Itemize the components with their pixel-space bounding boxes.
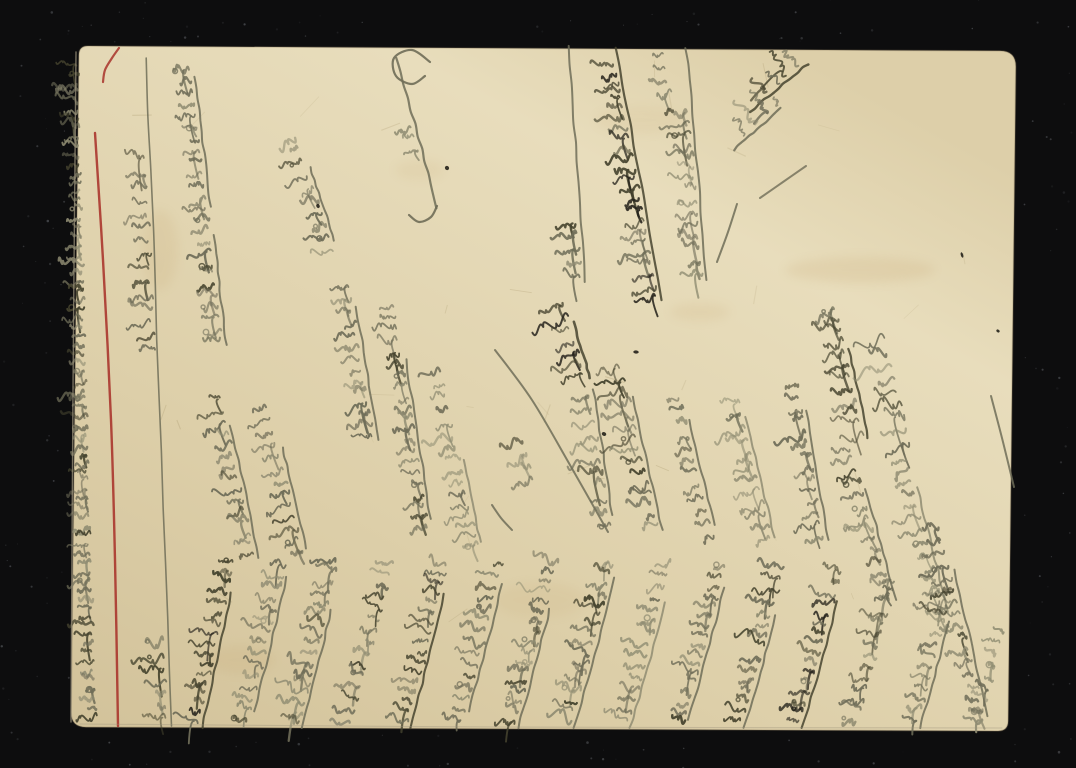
dust-speck (49, 320, 50, 321)
dust-speck (299, 22, 301, 24)
dust-speck (12, 404, 14, 406)
dust-speck (119, 11, 120, 12)
dust-speck (145, 2, 146, 3)
dust-speck (1028, 675, 1030, 677)
paper-stain (395, 160, 445, 180)
dust-speck (536, 26, 538, 28)
dust-speck (1039, 575, 1041, 577)
dust-speck (8, 699, 9, 700)
dust-speck (1063, 493, 1065, 495)
dust-speck (64, 131, 65, 132)
dust-speck (114, 41, 116, 43)
dust-speck (61, 571, 63, 573)
manuscript-photo: Scanned handwritten manuscript page (0, 0, 1076, 768)
dust-speck (47, 220, 50, 223)
dust-speck (36, 676, 37, 677)
dust-speck (1065, 445, 1067, 447)
dust-speck (643, 749, 645, 751)
dust-speck (19, 95, 21, 97)
dust-speck (276, 28, 278, 30)
dust-speck (1069, 532, 1070, 533)
dust-speck (36, 145, 38, 147)
dust-speck (91, 25, 92, 26)
dust-speck (1049, 653, 1051, 655)
dust-speck (1070, 738, 1072, 740)
dust-speck (129, 764, 131, 766)
dust-speck (693, 13, 696, 16)
dust-speck (305, 35, 306, 36)
dust-speck (1060, 461, 1062, 463)
dust-speck (298, 743, 301, 746)
dust-speck (1067, 427, 1068, 428)
dust-speck (1041, 601, 1043, 603)
dust-speck (1035, 368, 1037, 370)
dust-speck (57, 450, 59, 452)
dust-speck (590, 757, 592, 759)
dust-speck (1069, 73, 1070, 74)
dust-speck (407, 765, 409, 767)
dust-speck (169, 751, 171, 753)
dust-speck (541, 31, 543, 33)
dust-speck (48, 435, 50, 437)
dust-speck (68, 30, 70, 32)
dust-speck (439, 765, 440, 766)
dust-speck (31, 586, 33, 588)
dust-speck (22, 303, 23, 304)
dust-speck (1014, 760, 1016, 762)
dust-speck (1024, 204, 1026, 206)
dust-speck (1063, 191, 1066, 194)
glyph-scribble (832, 579, 839, 583)
dust-speck (235, 746, 237, 748)
dust-speck (800, 41, 801, 42)
dust-speck (1025, 357, 1026, 358)
dust-speck (46, 603, 47, 604)
dust-speck (49, 263, 51, 265)
dust-speck (320, 15, 321, 16)
dust-speck (570, 20, 571, 21)
dust-speck (780, 37, 782, 39)
dust-speck (308, 738, 310, 740)
dust-speck (1024, 515, 1025, 516)
dust-speck (1051, 185, 1053, 187)
dust-speck (447, 763, 449, 765)
dust-speck (68, 34, 69, 35)
dust-speck (972, 28, 974, 30)
dust-speck (51, 11, 54, 14)
manuscript-scan-svg: Scanned handwritten manuscript page (0, 0, 1076, 768)
dust-speck (46, 577, 48, 579)
dust-speck (362, 22, 363, 23)
dust-speck (9, 565, 11, 567)
dust-speck (1042, 369, 1044, 371)
dust-speck (35, 261, 36, 262)
dust-speck (1047, 586, 1049, 588)
dust-speck (170, 41, 171, 42)
dust-speck (637, 24, 638, 25)
dust-speck (53, 480, 55, 482)
dust-speck (45, 118, 46, 119)
dust-speck (108, 742, 110, 744)
dust-speck (873, 762, 875, 764)
dust-speck (687, 21, 688, 22)
dust-speck (146, 764, 147, 765)
dust-speck (817, 760, 819, 762)
dust-speck (337, 32, 339, 34)
dust-speck (1067, 200, 1069, 202)
dust-speck (255, 742, 256, 743)
dust-speck (143, 18, 144, 19)
dust-speck (437, 735, 439, 737)
dust-speck (23, 246, 25, 248)
dust-speck (902, 751, 903, 752)
dust-speck (1030, 622, 1031, 623)
dust-speck (1050, 138, 1052, 140)
dust-speck (623, 25, 624, 26)
dust-speck (3, 360, 5, 362)
dust-speck (586, 741, 589, 744)
dust-speck (840, 32, 842, 34)
paper-stain (670, 303, 730, 321)
dust-speck (1051, 556, 1052, 557)
dust-speck (208, 751, 210, 753)
dust-speck (517, 747, 519, 749)
dust-speck (795, 11, 797, 13)
dust-speck (1024, 728, 1026, 730)
dust-speck (39, 39, 41, 41)
dust-speck (1050, 250, 1051, 251)
dust-speck (60, 284, 61, 285)
dust-speck (1063, 103, 1065, 105)
dust-speck (603, 750, 604, 751)
dust-speck (1058, 751, 1061, 754)
dust-speck (697, 24, 699, 26)
dust-speck (63, 201, 65, 203)
dust-speck (17, 738, 19, 740)
dust-speck (871, 29, 873, 31)
dust-speck (382, 735, 383, 736)
dust-speck (7, 560, 8, 561)
dust-speck (91, 759, 93, 761)
dust-speck (46, 439, 48, 441)
dust-speck (1032, 120, 1034, 122)
dust-speck (243, 23, 245, 25)
dust-speck (197, 35, 199, 37)
dust-speck (11, 732, 13, 734)
dust-speck (1052, 683, 1054, 685)
dust-speck (800, 37, 803, 40)
dust-speck (186, 26, 188, 28)
dust-speck (53, 228, 54, 229)
paper-stain (785, 257, 935, 283)
dust-speck (1014, 744, 1015, 745)
dust-speck (17, 544, 18, 545)
dust-speck (184, 36, 186, 38)
dust-speck (2, 687, 4, 689)
dust-speck (779, 38, 780, 39)
dust-speck (46, 128, 47, 129)
dust-speck (602, 758, 604, 760)
dust-speck (5, 545, 6, 546)
dust-speck (788, 740, 790, 742)
dust-speck (149, 36, 150, 37)
dust-speck (652, 14, 653, 15)
dust-speck (1071, 132, 1073, 134)
dust-speck (27, 215, 29, 217)
dust-speck (1, 645, 3, 647)
dust-speck (82, 26, 83, 27)
dust-speck (1068, 26, 1070, 28)
dust-speck (15, 650, 16, 651)
dust-speck (1037, 22, 1039, 24)
dust-speck (615, 759, 616, 760)
dust-speck (1058, 377, 1060, 379)
dust-speck (1056, 229, 1058, 231)
dust-speck (68, 677, 70, 679)
dust-speck (1056, 387, 1059, 390)
dust-speck (1069, 683, 1071, 685)
dust-speck (309, 764, 311, 766)
dust-speck (45, 352, 47, 354)
dust-speck (683, 748, 685, 750)
dust-speck (222, 22, 224, 24)
dust-speck (1046, 136, 1048, 138)
dust-speck (44, 282, 45, 283)
dust-speck (21, 65, 23, 67)
